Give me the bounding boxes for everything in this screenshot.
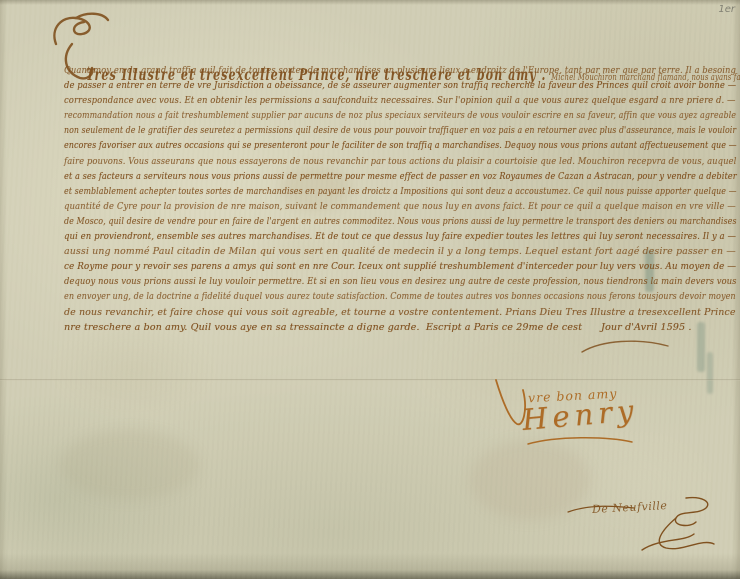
letter-line: en envoyer ung, de la doctrine a fidelit… (64, 289, 628, 304)
letter-line: encores favoriser aux autres occasions q… (64, 138, 622, 153)
ink-bleedthrough (707, 352, 713, 394)
letter-line: non seulement de le gratifier des seuret… (64, 123, 610, 138)
letter-line: qui en proviendront, ensemble ses autres… (64, 229, 658, 244)
letter-line: de passer a entrer en terre de vre Juris… (64, 78, 651, 93)
letter-line: aussi ung nommé Paul citadin de Milan qu… (64, 244, 727, 259)
letter-line: de nous revanchir, et faire chose qui vo… (64, 305, 726, 320)
letter-line: ce Royme pour y revoir ses parens a amys… (64, 259, 681, 274)
letter-line: dequoy nous vous prions aussi le luy vou… (64, 274, 650, 289)
letter-line: et semblablement achepter toutes sortes … (64, 184, 616, 199)
letter-line: Quant moy en du grand traffiq quil fait … (64, 63, 650, 78)
paper-stain (60, 430, 200, 500)
dateline-flourish (580, 338, 672, 356)
letter-line: correspondance avec vous. Et en obtenir … (64, 93, 653, 108)
countersignature-paraph (632, 494, 718, 556)
letter-line: quantité de Cyre pour la provision de nr… (64, 199, 657, 214)
letter-dateline: nre treschere a bon amy. Quil vous aye e… (64, 320, 736, 335)
manuscript-letter-scan: 1er Tres Illustre et tresexcellent Princ… (0, 0, 740, 579)
signature-underswash (524, 434, 636, 448)
letter-line: et a ses facteurs a serviteurs nous vous… (64, 169, 635, 184)
letter-line: de Mosco, quil desire de vendre pour en … (64, 214, 620, 229)
signature-block: vre bon amy Henry (470, 372, 680, 462)
folio-number-pencil-mark: 1er (718, 4, 735, 15)
letter-line: recommandation nous a fait treshumblemen… (64, 108, 620, 123)
salutation-line: Tres Illustre et tresexcellent Prince, n… (64, 30, 548, 60)
letter-text-block: Tres Illustre et tresexcellent Prince, n… (64, 30, 736, 335)
letter-line: faire pouvons. Vous asseurans que nous e… (64, 154, 650, 169)
countersignature-block: De Neufville (566, 492, 736, 572)
